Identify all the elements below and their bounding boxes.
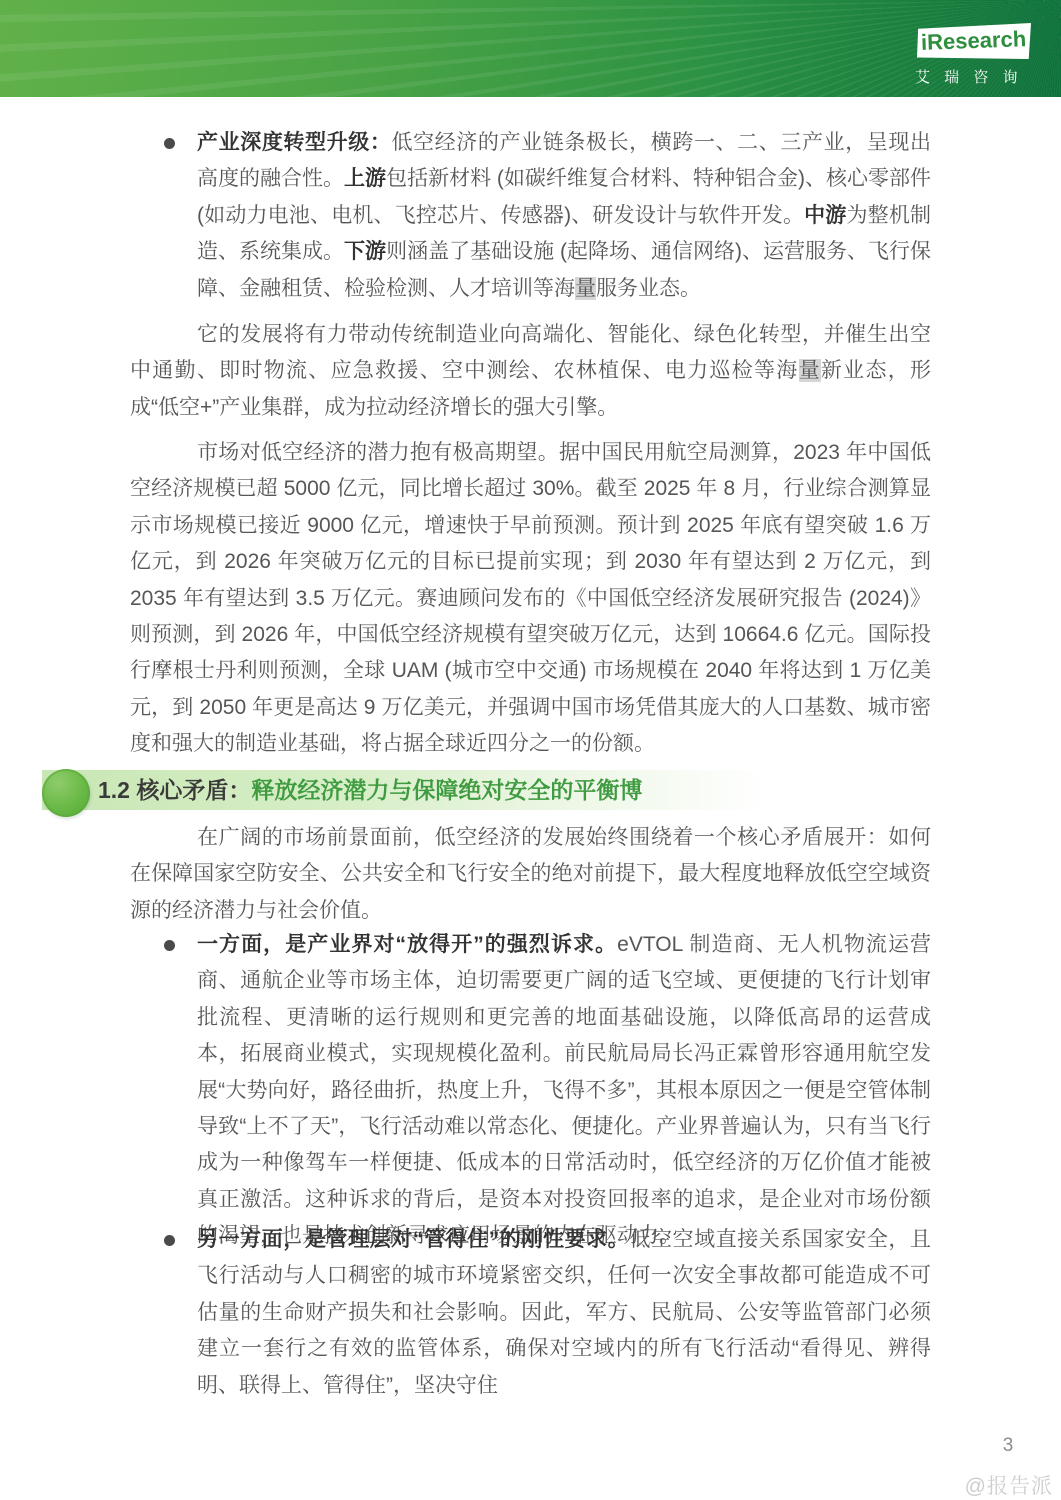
bullet-item-regulator-requirement: 另一方面，是管理层对“管得住”的刚性要求。低空空域直接关系国家安全，且飞行活动与… (130, 1222, 931, 1404)
iresearch-logo-flag: iResearch (917, 23, 1031, 59)
paragraph-text: 在广阔的市场前景面前，低空经济的发展始终围绕着一个核心矛盾展开：如何在保障国家空… (130, 820, 931, 929)
paragraph-text: 它的发展将有力带动传统制造业向高端化、智能化、绿色化转型，并催生出空中通勤、即时… (130, 317, 931, 426)
bullet-text: 一方面，是产业界对“放得开”的强烈诉求。eVTOL 制造商、无人机物流运营商、通… (130, 927, 931, 1255)
section-heading-1-2: 1.2 核心矛盾：释放经济潜力与保障绝对安全的平衡博 (42, 769, 804, 809)
report-page: iResearch 艾 瑞 咨 询 产业深度转型升级：低空经济的产业链条极长，横… (0, 0, 1061, 1500)
bullet-icon (164, 1235, 175, 1246)
section-number: 1.2 核心矛盾： (98, 777, 251, 803)
paragraph-core-contradiction-intro: 在广阔的市场前景面前，低空经济的发展始终围绕着一个核心矛盾展开：如何在保障国家空… (130, 820, 931, 929)
iresearch-logo-subtext: 艾 瑞 咨 询 (915, 66, 1033, 87)
bullet-text: 产业深度转型升级：低空经济的产业链条极长，横跨一、二、三产业，呈现出高度的融合性… (130, 125, 931, 307)
paragraph-text: 市场对低空经济的潜力抱有极高期望。据中国民用航空局测算，2023 年中国低空经济… (130, 435, 931, 763)
page-number: 3 (998, 1435, 1018, 1457)
page-content: 产业深度转型升级：低空经济的产业链条极长，横跨一、二、三产业，呈现出高度的融合性… (130, 0, 931, 1500)
section-bullet-circle-icon (42, 769, 90, 817)
section-title: 释放经济潜力与保障绝对安全的平衡博 (251, 777, 642, 803)
paragraph-market-forecast: 市场对低空经济的潜力抱有极高期望。据中国民用航空局测算，2023 年中国低空经济… (130, 435, 931, 763)
iresearch-logo: iResearch 艾 瑞 咨 询 (915, 20, 1033, 86)
bullet-text: 另一方面，是管理层对“管得住”的刚性要求。低空空域直接关系国家安全，且飞行活动与… (130, 1222, 931, 1404)
bullet-icon (164, 138, 175, 149)
bullet-item-industry-upgrade: 产业深度转型升级：低空经济的产业链条极长，横跨一、二、三产业，呈现出高度的融合性… (130, 125, 931, 307)
iresearch-logo-text: iResearch (921, 26, 1027, 56)
section-heading-text: 1.2 核心矛盾：释放经济潜力与保障绝对安全的平衡博 (98, 770, 642, 810)
watermark: @报告派 (965, 1470, 1053, 1500)
bullet-icon (164, 940, 175, 951)
bullet-item-industry-demand: 一方面，是产业界对“放得开”的强烈诉求。eVTOL 制造商、无人机物流运营商、通… (130, 927, 931, 1255)
paragraph-development-impact: 它的发展将有力带动传统制造业向高端化、智能化、绿色化转型，并催生出空中通勤、即时… (130, 317, 931, 426)
